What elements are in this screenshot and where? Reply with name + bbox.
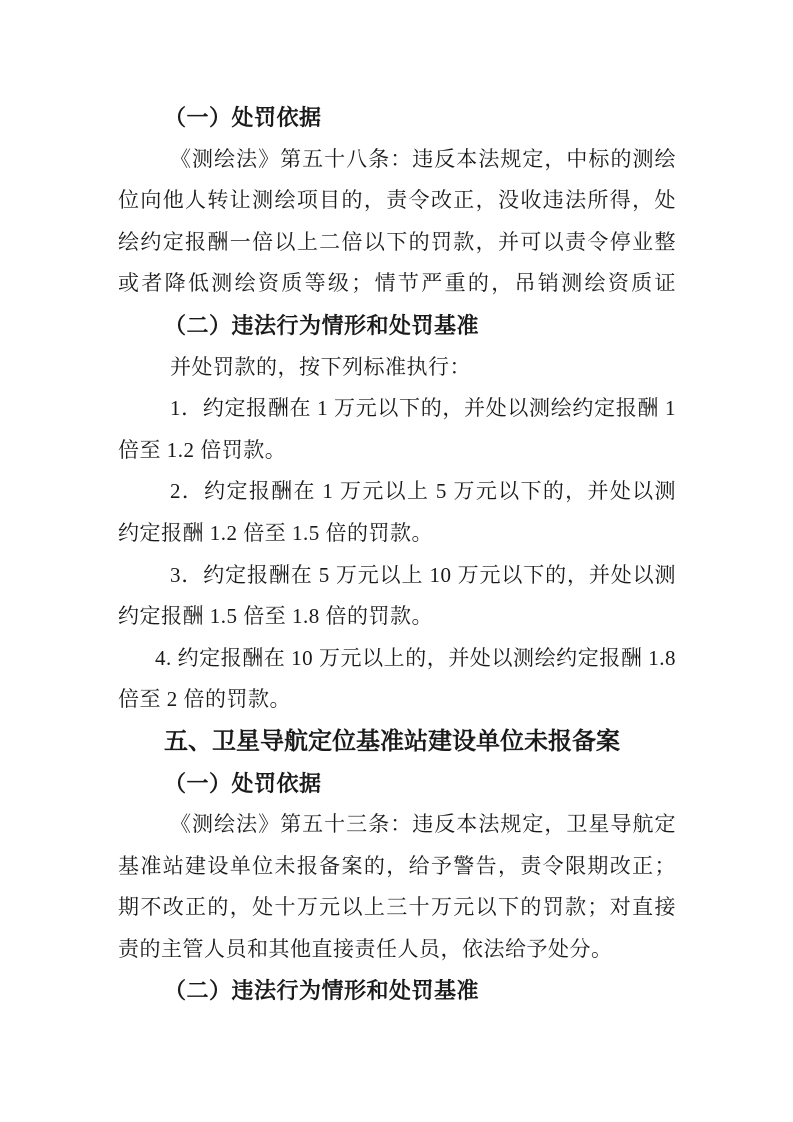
text-line: 1．约定报酬在 1 万元以下的，并处以测绘约定报酬 1: [118, 388, 676, 430]
document-content: （一）处罚依据《测绘法》第五十八条：违反本法规定，中标的测绘单位向他人转让测绘项…: [118, 97, 676, 1012]
sub-heading: （二）违法行为情形和处罚基准: [118, 305, 676, 347]
text-line: 《测绘法》第五十三条：违反本法规定，卫星导航定位: [118, 804, 676, 846]
text-line: 4. 约定报酬在 10 万元以上的，并处以测绘约定报酬 1.8: [118, 638, 676, 680]
text-line: 绘约定报酬一倍以上二倍以下的罚款，并可以责令停业整顿: [118, 222, 676, 264]
text-line: 位向他人转让测绘项目的，责令改正，没收违法所得，处测: [118, 180, 676, 222]
sub-heading: （一）处罚依据: [118, 763, 676, 805]
text-line: 期不改正的，处十万元以上三十万元以下的罚款；对直接负: [118, 887, 676, 929]
text-line: 倍至 1.2 倍罚款。: [118, 430, 676, 472]
text-line: 并处罚款的，按下列标准执行：: [118, 347, 676, 389]
text-line: 或者降低测绘资质等级；情节严重的，吊销测绘资质证书。: [118, 263, 676, 305]
section-heading: 五、卫星导航定位基准站建设单位未报备案: [118, 721, 676, 763]
text-line: 2．约定报酬在 1 万元以上 5 万元以下的，并处以测绘: [118, 471, 676, 513]
text-line: 约定报酬 1.2 倍至 1.5 倍的罚款。: [118, 513, 676, 555]
text-line: 倍至 2 倍的罚款。: [118, 679, 676, 721]
text-line: 约定报酬 1.5 倍至 1.8 倍的罚款。: [118, 596, 676, 638]
text-line: 《测绘法》第五十八条：违反本法规定，中标的测绘单: [118, 139, 676, 181]
sub-heading: （一）处罚依据: [118, 97, 676, 139]
text-line: 基准站建设单位未报备案的，给予警告，责令限期改正；逾: [118, 846, 676, 888]
sub-heading: （二）违法行为情形和处罚基准: [118, 970, 676, 1012]
text-line: 责的主管人员和其他直接责任人员，依法给予处分。: [118, 929, 676, 971]
text-line: 3．约定报酬在 5 万元以上 10 万元以下的，并处以测绘: [118, 555, 676, 597]
document-page: （一）处罚依据《测绘法》第五十八条：违反本法规定，中标的测绘单位向他人转让测绘项…: [0, 0, 793, 1122]
